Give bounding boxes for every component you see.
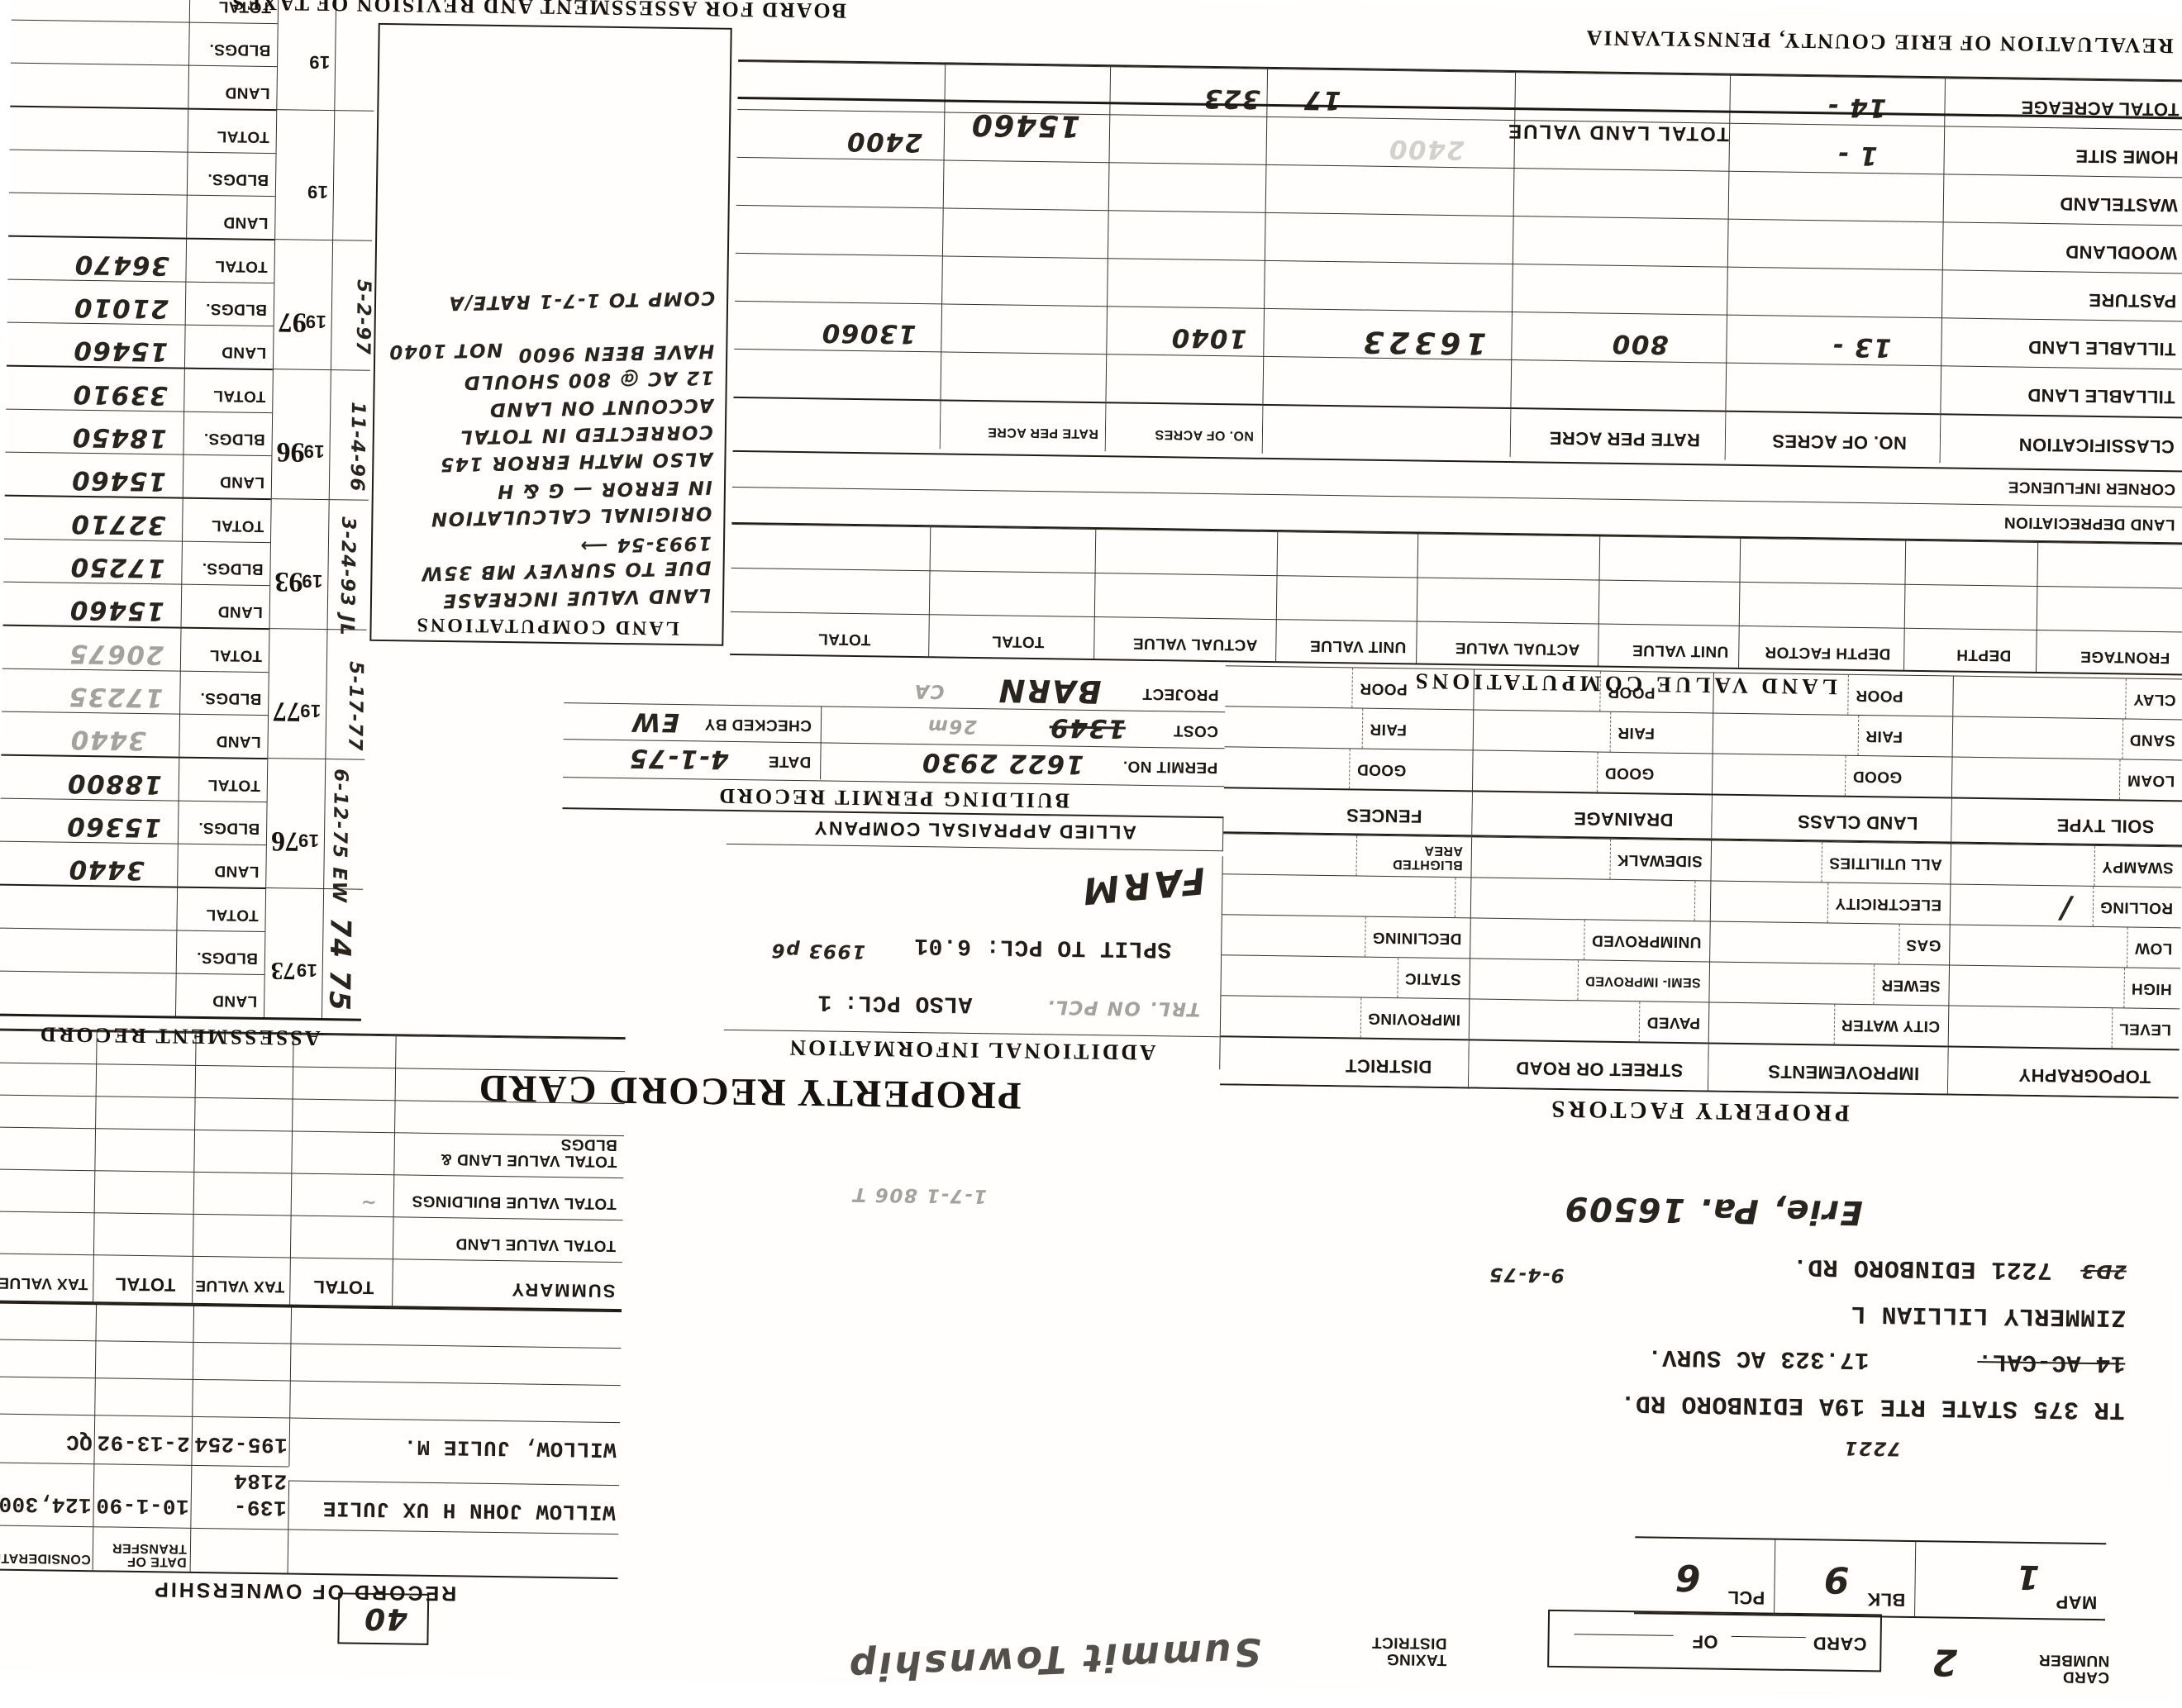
rolling-check-mark: / bbox=[2059, 892, 2071, 922]
summary-cell bbox=[94, 1170, 194, 1214]
assess-total-value: 36470 bbox=[7, 236, 186, 282]
card-number-label-line1: CARD bbox=[2038, 1668, 2109, 1685]
ownership-row-name: WILLOW, JULIE M. bbox=[288, 1418, 620, 1472]
assess-bldgs-label: BLDGS. bbox=[178, 801, 267, 844]
factor-unimproved: UNIMPROVED bbox=[1470, 917, 1710, 961]
summary-cell bbox=[193, 1214, 291, 1258]
ownership-header-consideration: CONSIDERATION bbox=[0, 1525, 93, 1571]
lvc-col-frontage: FRONTAGE bbox=[2036, 630, 2182, 674]
class-col-rate-2: RATE PER ACRE bbox=[940, 399, 1106, 451]
card-of-of-label: OF bbox=[1692, 1632, 1718, 1652]
assess-total-value bbox=[10, 106, 188, 152]
factor-checkbox bbox=[1222, 834, 1357, 875]
tillable-value-2: 13060 bbox=[734, 301, 941, 351]
assess-bldgs-label: BLDGS. bbox=[176, 930, 265, 974]
assess-year-93: 19 93 bbox=[269, 498, 329, 629]
additional-also-pcl-value: 1 bbox=[817, 987, 832, 1016]
class-col-acres-1: NO. OF ACRES bbox=[1725, 411, 1941, 464]
factors-col-land-class: LAND CLASS bbox=[1711, 793, 1951, 843]
class-cell bbox=[736, 157, 944, 207]
tillable-rate-1: 800 bbox=[1511, 312, 1727, 363]
class-col-classification: CLASSIFICATION bbox=[1940, 413, 2182, 466]
taxing-district-stamp: Summit Township bbox=[846, 1633, 1262, 1686]
lvc-empty bbox=[1277, 531, 1418, 577]
factor-fence-fair: FAIR bbox=[1225, 706, 1474, 749]
ownership-section: RECORD OF OWNERSHIP DATE OF TRANSFER CON… bbox=[0, 1301, 622, 1606]
factors-col-fences: FENCES bbox=[1223, 787, 1472, 836]
factor-low: LOW bbox=[1949, 925, 2181, 968]
lvc-empty bbox=[731, 568, 930, 614]
row-tillable-1: TILLABLE LAND bbox=[1940, 365, 2182, 416]
factors-col-soil-type: SOIL TYPE bbox=[1951, 797, 2182, 847]
additional-info-section: ADDITIONAL INFORMATION TRL. ON PCL. ALSO… bbox=[723, 849, 1223, 1069]
factor-blighted-area: BLIGHTED AREA bbox=[1222, 833, 1471, 877]
lvc-empty bbox=[1417, 577, 1599, 623]
ownership-empty-cell bbox=[95, 1304, 193, 1343]
property-factors-table: TOPOGRAPHY IMPROVEMENTS STREET OR ROAD D… bbox=[1220, 665, 2182, 1097]
class-cell bbox=[1727, 267, 1942, 318]
lvc-empty bbox=[1598, 580, 1740, 626]
factor-checkbox bbox=[1224, 747, 1351, 788]
pcl-label: PCL bbox=[1727, 1588, 1765, 1608]
summary-title: SUMMARY bbox=[392, 1258, 622, 1311]
summary-empty bbox=[194, 1097, 293, 1131]
class-cell bbox=[1108, 210, 1265, 260]
summary-empty bbox=[293, 1067, 396, 1101]
factor-level: LEVEL bbox=[1948, 1006, 2180, 1049]
card-of-box: CARD OF bbox=[1547, 1610, 1882, 1672]
ownership-empty-row bbox=[290, 1306, 622, 1349]
factor-checkbox bbox=[1952, 758, 2121, 800]
building-permit-section: BUILDING PERMIT RECORD PERMIT NO. 1622 2… bbox=[563, 668, 1226, 818]
ownership-row-book: 195-254 bbox=[191, 1416, 289, 1467]
assess-bldgs-label: BLDGS. bbox=[188, 22, 278, 66]
factor-checkbox bbox=[1949, 1006, 2113, 1049]
taxing-district-label-line1: TAXING bbox=[1371, 1650, 1446, 1668]
assess-year-97: 19 97 bbox=[273, 239, 332, 369]
permit-cost-value: 1349 bbox=[1049, 714, 1126, 740]
class-cell bbox=[1510, 359, 1726, 411]
ownership-empty-cell bbox=[192, 1379, 290, 1418]
assess-land-value bbox=[10, 63, 188, 108]
page-title: PROPERTY RECORD CARD bbox=[477, 1066, 1022, 1118]
assess-land-value: 3440 bbox=[1, 711, 179, 757]
divider bbox=[1914, 1542, 1916, 1616]
note-line-1: DUE TO SURVEY MB 35W bbox=[421, 557, 712, 582]
note-line-10: NOT 1040 bbox=[388, 340, 503, 361]
additional-split-hw: 1993 p6 bbox=[770, 940, 865, 961]
assess-land-value bbox=[8, 193, 187, 238]
classification-section: CLASSIFICATION NO. OF ACRES RATE PER ACR… bbox=[733, 59, 2182, 467]
assess-side-97: 5-2-97 bbox=[331, 240, 372, 370]
factor-all-utilities: ALL UTILITIES bbox=[1710, 840, 1951, 883]
assess-land-label: LAND bbox=[183, 454, 272, 498]
assess-bldgs-value: 15360 bbox=[0, 798, 179, 844]
address-line4-strike: 2D3 bbox=[2080, 1261, 2127, 1281]
footer-revaluation: REVALUATION OF ERIE COUNTY, PENNSYLVANIA bbox=[1584, 25, 2173, 58]
class-cell bbox=[1728, 171, 1944, 222]
factor-checkbox bbox=[1222, 874, 1456, 917]
factor-checkbox bbox=[1953, 717, 2123, 759]
additional-farm-note: FARM bbox=[1079, 861, 1207, 909]
assessment-record-section: ASSESSMENT RECORD 74 75 19 73 LAND BLDGS… bbox=[0, 0, 379, 1051]
assess-bldgs-value: 18450 bbox=[5, 409, 183, 454]
summary-empty bbox=[292, 1099, 395, 1133]
lvc-empty bbox=[1094, 573, 1277, 619]
address-line3: ZIMMERLY LILLIAN L bbox=[1851, 1296, 2127, 1331]
pcl-value: 6 bbox=[1674, 1558, 1701, 1595]
factor-checkbox bbox=[1222, 915, 1366, 956]
factor-checkbox-rolling: / bbox=[1951, 885, 2094, 926]
ownership-empty-cell bbox=[0, 1377, 95, 1415]
factor-checkbox bbox=[1470, 959, 1579, 1000]
address-block: 7221 TR 375 STATE RTE 19A EDINBORO RD. 1… bbox=[1074, 1124, 2145, 1494]
assess-side-76: 6-12-75 EW bbox=[323, 759, 364, 889]
map-blk-pcl-strip: MAP 1 BLK 9 PCL 6 bbox=[1634, 1536, 2106, 1620]
tillable-value-2a bbox=[941, 303, 1107, 354]
summary-faint-mark: ~ bbox=[360, 1192, 377, 1211]
factor-checkbox bbox=[1950, 925, 2128, 968]
lvc-empty bbox=[1599, 536, 1741, 582]
additional-info-title: ADDITIONAL INFORMATION bbox=[723, 1030, 1219, 1069]
lvc-empty bbox=[731, 524, 931, 570]
assess-side-93: 3-24-93 JL bbox=[327, 499, 369, 630]
assessment-title: ASSESSMENT RECORD bbox=[0, 1016, 361, 1051]
factor-checkbox bbox=[1713, 714, 1860, 755]
assess-year-blank: 19 bbox=[276, 0, 336, 110]
ownership-empty-cell bbox=[0, 1339, 95, 1378]
assess-land-label: LAND bbox=[186, 195, 275, 239]
lvc-table: FRONTAGE DEPTH DEPTH FACTOR UNIT VALUE A… bbox=[730, 522, 2182, 676]
permit-checked-label: CHECKED BY bbox=[704, 715, 812, 733]
summary-cell bbox=[0, 1127, 95, 1171]
corner-tag-value: 40 bbox=[363, 1603, 407, 1634]
lvc-empty bbox=[930, 526, 1096, 573]
summary-cell bbox=[193, 1172, 292, 1216]
ownership-empty-cell bbox=[94, 1378, 193, 1417]
address-line2-struck: 14 AC-CAL. bbox=[1977, 1346, 2126, 1378]
row-tillable-2: TILLABLE LAND bbox=[1941, 317, 2182, 369]
factor-high: HIGH bbox=[1948, 965, 2180, 1009]
ownership-empty-row bbox=[290, 1344, 622, 1386]
taxing-district-label-line2: DISTRICT bbox=[1372, 1634, 1447, 1651]
factor-paved: PAVED bbox=[1469, 998, 1709, 1042]
assess-total-label: TOTAL bbox=[188, 108, 277, 153]
row-woodland: WOODLAND bbox=[1942, 221, 2182, 273]
ownership-empty-cell bbox=[193, 1342, 291, 1381]
summary-empty bbox=[195, 1065, 293, 1099]
assess-year-73: 19 73 bbox=[264, 887, 323, 1018]
permit-cost-label: COST bbox=[1173, 721, 1218, 739]
summary-cell bbox=[0, 1169, 94, 1213]
factors-col-district: DISTRICT bbox=[1220, 1035, 1469, 1087]
assess-land-value: 15460 bbox=[7, 322, 185, 368]
note-line-7: ACCOUNT ON LAND bbox=[488, 395, 714, 419]
address-line5: Erie, Pa. 16509 bbox=[1564, 1192, 1863, 1229]
factor-land-good: GOOD bbox=[1712, 753, 1952, 797]
assess-land-label: LAND bbox=[181, 584, 270, 628]
assess-total-value: 20675 bbox=[2, 625, 181, 671]
ownership-row-date: 2-13-92 bbox=[93, 1415, 192, 1466]
summary-cell bbox=[193, 1130, 292, 1173]
additional-also-pcl-label: ALSO PCL: bbox=[843, 987, 972, 1018]
permit-date-label: DATE bbox=[768, 752, 811, 769]
lvc-empty bbox=[1095, 529, 1278, 575]
factor-checkbox bbox=[1474, 710, 1612, 751]
summary-empty bbox=[96, 1063, 196, 1097]
factor-rolling: ROLLING/ bbox=[1950, 884, 2182, 928]
factor-checkbox bbox=[1225, 707, 1364, 748]
class-cell bbox=[1265, 212, 1513, 264]
summary-cell bbox=[94, 1128, 194, 1172]
factor-loam: LOAM bbox=[1951, 757, 2182, 801]
lvc-col-total: TOTAL bbox=[928, 614, 1094, 659]
factor-sidewalk: SIDEWALK bbox=[1470, 836, 1711, 880]
class-cell bbox=[1727, 219, 1943, 270]
factor-checkbox bbox=[1709, 1002, 1835, 1044]
ownership-empty-cell bbox=[193, 1305, 291, 1344]
assess-bldgs-label: BLDGS. bbox=[179, 671, 269, 715]
summary-cell bbox=[93, 1212, 193, 1256]
factor-district-blank bbox=[1222, 873, 1471, 917]
summary-cell bbox=[0, 1211, 94, 1255]
card-number-value: 2 bbox=[1931, 1643, 1958, 1679]
class-cell bbox=[1108, 162, 1266, 212]
ownership-row-book: 139-2184 bbox=[190, 1465, 288, 1530]
class-cell bbox=[733, 349, 941, 399]
assess-total-value bbox=[0, 884, 177, 930]
note-line-8: 12 AC @ 800 SHOULD bbox=[463, 367, 714, 391]
factor-checkbox bbox=[1471, 837, 1610, 878]
summary-row-buildings: TOTAL VALUE BUILDINGS bbox=[393, 1174, 624, 1220]
class-cell bbox=[1512, 264, 1727, 315]
summary-col-total2: TOTAL bbox=[93, 1254, 193, 1305]
class-cell bbox=[941, 255, 1108, 306]
permit-no-label: PERMIT NO. bbox=[1122, 757, 1217, 775]
assess-side-77: 5-17-77 bbox=[325, 629, 366, 759]
class-cell bbox=[942, 207, 1108, 258]
ownership-empty-row bbox=[289, 1381, 621, 1423]
additional-hw-trl: TRL. ON PCL. bbox=[1046, 997, 1200, 1018]
class-cell bbox=[736, 205, 943, 255]
assess-total-value bbox=[12, 0, 190, 22]
property-factors-section: PROPERTY FACTORS TOPOGRAPHY IMPROVEMENTS… bbox=[1219, 665, 2182, 1132]
tillable-value-1: 16323 bbox=[1263, 308, 1512, 359]
assess-total-label: TOTAL bbox=[183, 368, 273, 412]
ownership-header-book bbox=[190, 1528, 288, 1573]
assess-land-label: LAND bbox=[175, 973, 264, 1017]
factor-checkbox bbox=[1711, 840, 1822, 882]
divider bbox=[821, 707, 822, 743]
factor-checkbox bbox=[1471, 878, 1696, 921]
land-value-computations-section: LAND VALUE COMPUTATIONS FRONTAGE DEPTH D… bbox=[730, 450, 2182, 705]
summary-row-land: TOTAL VALUE LAND bbox=[393, 1216, 623, 1262]
summary-empty bbox=[0, 1095, 96, 1129]
divider bbox=[820, 743, 822, 779]
summary-row-land-bldgs: TOTAL VALUE LAND & BLDGS bbox=[393, 1132, 624, 1178]
note-line-9: HAVE BEEN 9600 bbox=[517, 340, 715, 364]
summary-col-tax: TAX VALUE bbox=[192, 1256, 290, 1306]
factor-sand: SAND bbox=[1952, 716, 2182, 760]
assess-total-value: 18800 bbox=[1, 754, 179, 801]
note-line-2: 1993-54 ⟶ bbox=[579, 533, 712, 554]
assess-total-label: TOTAL bbox=[185, 238, 274, 283]
factor-city-water: CITY WATER bbox=[1708, 1001, 1949, 1045]
blk-value: 9 bbox=[1822, 1560, 1850, 1596]
class-cell bbox=[1105, 354, 1263, 404]
lvc-col-unit-value-2: UNIT VALUE bbox=[1275, 619, 1417, 663]
class-cell bbox=[943, 159, 1109, 210]
factor-street-blank bbox=[1470, 877, 1711, 921]
assess-bldgs-label: BLDGS. bbox=[187, 152, 276, 196]
total-land-value-amount: 15460 bbox=[970, 109, 1080, 140]
lvc-col-actual-value-2: ACTUAL VALUE bbox=[1093, 616, 1276, 661]
note-line-6: CORRECTED IN TOTAL bbox=[459, 421, 713, 445]
lvc-empty bbox=[1739, 538, 1905, 584]
ownership-row-date: 10-1-90 bbox=[93, 1464, 191, 1529]
note-line-5: ALSO MATH ERROR 145 bbox=[439, 449, 712, 473]
assess-land-label: LAND bbox=[179, 714, 268, 758]
factor-swampy: SWAMPY bbox=[1950, 844, 2182, 887]
lvc-empty bbox=[2037, 586, 2182, 632]
ownership-row-name: WILLOW JOHN H UX JULIE bbox=[288, 1481, 619, 1534]
land-computations-title: LAND COMPUTATIONS bbox=[371, 612, 722, 645]
ownership-row-amount: 124,300 bbox=[0, 1463, 93, 1527]
permit-cost-note: 26m bbox=[927, 716, 977, 735]
assess-year-96: 19 96 bbox=[271, 369, 331, 499]
lvc-col-unit-value: UNIT VALUE bbox=[1598, 624, 1739, 668]
factor-checkbox bbox=[1713, 754, 1846, 795]
factor-static: STATIC bbox=[1221, 954, 1470, 998]
factor-checkbox bbox=[1949, 966, 2125, 1008]
assess-bldgs-value: 17250 bbox=[3, 539, 182, 584]
lvc-empty bbox=[1276, 575, 1417, 621]
assessment-table: 74 75 19 73 LAND BLDGS. TOTAL 6-12-75 EW… bbox=[0, 0, 379, 1021]
assess-land-label: LAND bbox=[184, 325, 274, 369]
divider bbox=[1774, 1540, 1775, 1615]
assess-total-label: TOTAL bbox=[179, 757, 268, 802]
address-line4-note: 9-4-75 bbox=[1488, 1264, 1564, 1284]
card-of-card-label: CARD bbox=[1813, 1634, 1866, 1653]
class-cell bbox=[735, 253, 942, 303]
class-col-value-1 bbox=[1262, 404, 1511, 457]
card-number-field: CARD NUMBER bbox=[2038, 1651, 2109, 1685]
factors-col-street: STREET OR ROAD bbox=[1468, 1039, 1708, 1090]
summary-col-total: TOTAL bbox=[289, 1258, 393, 1308]
assess-bldgs-value: 21010 bbox=[7, 279, 186, 325]
note-line-3: ORIGINAL CALCULATION bbox=[430, 503, 712, 528]
map-value: 1 bbox=[2015, 1560, 2040, 1593]
additional-split-label: SPLIT TO PCL: 6.01 bbox=[914, 930, 1172, 963]
address-line1: TR 375 STATE RTE 19A EDINBORO RD. bbox=[1620, 1387, 2125, 1425]
note-line-4: IN ERROR — G & H bbox=[496, 477, 712, 500]
assess-bldgs-value: 17235 bbox=[2, 668, 180, 714]
lvc-col-total-2: TOTAL bbox=[730, 611, 929, 656]
summary-empty bbox=[0, 1063, 96, 1097]
assess-total-label: TOTAL bbox=[176, 887, 265, 931]
address-pencil-note: 1-7-1 806 T bbox=[852, 1184, 988, 1205]
summary-cell: ~ bbox=[291, 1173, 394, 1217]
address-line4: 7221 EDINBORO RD. bbox=[1792, 1249, 2052, 1284]
factor-semi-improved: SEMI- IMPROVED bbox=[1469, 958, 1709, 1001]
map-label: MAP bbox=[2056, 1592, 2097, 1612]
card-of-blank-1 bbox=[1732, 1636, 1806, 1638]
summary-cell bbox=[290, 1216, 393, 1259]
assess-total-label: TOTAL bbox=[182, 497, 271, 542]
assess-land-label: LAND bbox=[188, 65, 277, 109]
note-line-0: LAND VALUE INCREASE bbox=[442, 585, 712, 610]
factor-drain-good: GOOD bbox=[1472, 749, 1713, 793]
factors-col-improvements: IMPROVEMENTS bbox=[1708, 1042, 1948, 1093]
assess-bldgs-label: BLDGS. bbox=[181, 541, 270, 585]
class-cell bbox=[1513, 216, 1728, 267]
factor-checkbox bbox=[1221, 996, 1361, 1037]
lvc-empty bbox=[1417, 533, 1600, 579]
address-line2b: 17.323 AC SURV. bbox=[1647, 1341, 1870, 1374]
factor-fence-good: GOOD bbox=[1224, 746, 1473, 790]
summary-cell bbox=[291, 1131, 394, 1175]
class-cell bbox=[1262, 356, 1511, 407]
assess-side-73: 74 75 bbox=[322, 888, 363, 1019]
assess-land-value: 3440 bbox=[0, 841, 178, 887]
total-land-value-label: TOTAL LAND VALUE bbox=[1507, 121, 1729, 145]
factor-drain-fair: FAIR bbox=[1473, 709, 1713, 753]
ownership-empty-cell bbox=[95, 1341, 193, 1380]
assess-side-96: 11-4-96 bbox=[329, 369, 370, 500]
lvc-empty bbox=[1904, 584, 2037, 630]
card-number-label-line2: NUMBER bbox=[2038, 1651, 2109, 1668]
permit-date-value: 4-1-75 bbox=[628, 745, 728, 772]
assess-land-value: 15460 bbox=[5, 452, 183, 497]
factor-improving: IMPROVING bbox=[1221, 995, 1470, 1039]
assess-bldgs-value bbox=[9, 150, 188, 195]
factor-land-fair: FAIR bbox=[1713, 712, 1953, 756]
assess-total-value: 33910 bbox=[6, 365, 184, 412]
class-cell bbox=[1107, 258, 1265, 308]
property-record-card-sheet: CARD NUMBER 2 CARD OF TAXING DISTRICT Su… bbox=[0, 0, 2182, 1686]
row-wasteland: WASTELAND bbox=[1943, 174, 2182, 225]
note-line-11: COMP TO 1-7-1 RATE/A bbox=[447, 288, 715, 312]
class-col-rate-1: RATE PER ACRE bbox=[1510, 407, 1726, 460]
ownership-empty-cell bbox=[0, 1302, 96, 1341]
assess-total-value: 32710 bbox=[4, 495, 183, 541]
factor-electricity: ELECTRICITY bbox=[1710, 880, 1951, 924]
factor-checkbox bbox=[1470, 918, 1585, 959]
ownership-row-amount: QC bbox=[0, 1414, 94, 1464]
class-cell bbox=[1725, 363, 1941, 414]
tillable-rate-2: 1040 bbox=[1106, 306, 1264, 356]
lvc-col-actual-value: ACTUAL VALUE bbox=[1416, 621, 1598, 665]
assess-bldgs-value bbox=[11, 20, 189, 65]
assess-side-blank bbox=[332, 110, 374, 240]
assess-bldgs-value bbox=[0, 928, 176, 973]
ownership-header-date: DATE OF TRANSFER bbox=[93, 1527, 191, 1572]
class-cell bbox=[1513, 168, 1729, 219]
factor-checkbox bbox=[1711, 881, 1829, 922]
class-cell bbox=[1265, 164, 1514, 216]
ownership-table: DATE OF TRANSFER CONSIDERATION WILLOW JO… bbox=[0, 1301, 622, 1580]
assess-year-76: 19 76 bbox=[265, 758, 325, 888]
land-computations-box: LAND COMPUTATIONS LAND VALUE INCREASE DU… bbox=[369, 23, 731, 646]
assess-side-blank bbox=[334, 0, 375, 111]
row-pasture: PASTURE bbox=[1941, 269, 2182, 321]
assess-total-label: TOTAL bbox=[180, 627, 269, 672]
assess-year-blank: 19 bbox=[274, 109, 334, 240]
factor-checkbox bbox=[1473, 750, 1598, 792]
assess-land-value: 15460 bbox=[3, 582, 182, 627]
factor-declining: DECLINING bbox=[1222, 914, 1470, 958]
lvc-empty bbox=[1739, 582, 1905, 628]
